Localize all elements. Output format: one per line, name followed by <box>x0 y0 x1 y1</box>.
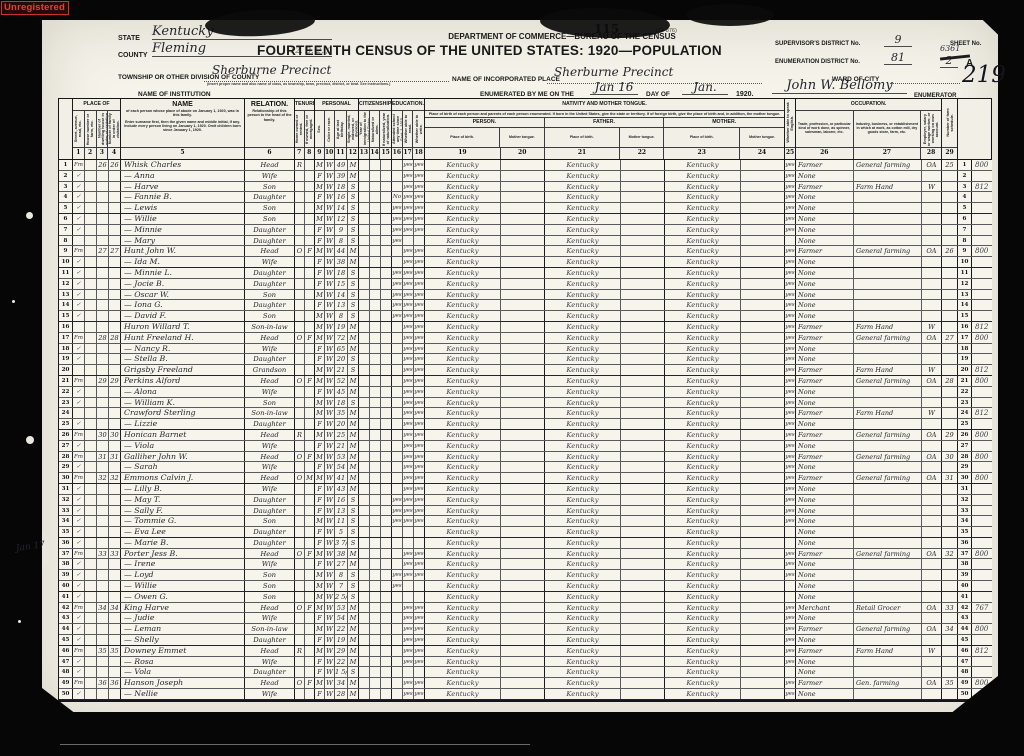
table-row: 15✓— David F.SonMW8SyesyesyesKentuckyKen… <box>59 311 992 322</box>
cell-line-number: 15 <box>59 311 73 321</box>
cell-birthplace: Kentucky <box>425 257 501 267</box>
cell-marital-status: S <box>348 398 359 408</box>
cell-relation: Head <box>245 246 295 256</box>
cell-immigration-year <box>359 689 370 699</box>
cell-occupation: None <box>796 570 854 580</box>
cell-mother-tongue <box>501 225 545 235</box>
cell-mother-tongue <box>501 559 545 569</box>
cell-birthplace: Kentucky <box>425 570 501 580</box>
cell-industry <box>854 290 922 300</box>
cell-family-number <box>109 398 121 408</box>
cell-mother-mother-tongue <box>741 387 785 397</box>
cell-house-number <box>85 311 97 321</box>
table-row: 7✓— MinnieDaughterFW9SyesyesyesKentuckyK… <box>59 225 992 236</box>
cell-able-to-write: yes <box>414 300 425 310</box>
cell-owned-free-or-mortgaged <box>305 506 315 516</box>
cell-mother-birthplace: Kentucky <box>665 376 741 386</box>
table-row: 35✓— Eva LeeDaughterFW5SKentuckyKentucky… <box>59 527 992 538</box>
cell-occupation: None <box>796 441 854 451</box>
cell-able-to-write: yes <box>414 257 425 267</box>
cell-dwelling-number: 26 <box>97 160 109 170</box>
cell-relation: Wife <box>245 484 295 494</box>
cell-birthplace: Kentucky <box>425 462 501 472</box>
cell-able-to-write: yes <box>414 365 425 375</box>
cell-father-mother-tongue <box>621 624 665 634</box>
header-subcell: Street, avenue, road, etc. <box>73 111 85 147</box>
cell-race: W <box>325 667 335 677</box>
nativity-subgroup-label: FATHER. <box>545 118 664 128</box>
cell-industry: Farm Hand <box>854 646 922 656</box>
cell-margin-note <box>972 613 992 623</box>
cell-mother-birthplace: Kentucky <box>665 354 741 364</box>
cell-margin-note <box>972 387 992 397</box>
cell-house-number <box>85 236 97 246</box>
cell-margin-note: 800 <box>972 549 992 559</box>
cell-race: W <box>325 354 335 364</box>
cell-able-to-write: yes <box>414 333 425 343</box>
cell-birthplace: Kentucky <box>425 527 501 537</box>
header-subrow: Trade, profession, or particular kind of… <box>796 111 941 147</box>
cell-line-number-right: 11 <box>958 268 972 278</box>
cell-speaks-english: yes <box>785 203 796 213</box>
header-column-block <box>59 99 73 159</box>
cell-farm-schedule <box>942 365 958 375</box>
cell-name: — Fannie B. <box>121 192 245 202</box>
cell-name: — Irene <box>121 559 245 569</box>
cell-mother-birthplace: Kentucky <box>665 214 741 224</box>
table-row: 38✓— IreneWifeFW27MyesyesKentuckyKentuck… <box>59 559 992 570</box>
cell-name: — Harve <box>121 182 245 192</box>
cell-naturalized-or-alien <box>370 225 381 235</box>
cell-immigration-year <box>359 333 370 343</box>
cell-father-mother-tongue <box>621 419 665 429</box>
cell-line-number: 6 <box>59 214 73 224</box>
cell-house-number <box>85 214 97 224</box>
cell-dwelling-number <box>97 506 109 516</box>
cell-mother-birthplace: Kentucky <box>665 408 741 418</box>
cell-owned-free-or-mortgaged <box>305 484 315 494</box>
cell-immigration-year <box>359 365 370 375</box>
cell-mother-birthplace: Kentucky <box>665 635 741 645</box>
cell-mother-tongue <box>501 613 545 623</box>
county-label: COUNTY <box>118 52 148 59</box>
cell-line-number-right: 4 <box>958 192 972 202</box>
cell-birthplace: Kentucky <box>425 225 501 235</box>
cell-relation: Son <box>245 214 295 224</box>
cell-sex: F <box>315 559 325 569</box>
cell-immigration-year <box>359 300 370 310</box>
cell-father-birthplace: Kentucky <box>545 300 621 310</box>
cell-abode-mark: ✓ <box>73 398 85 408</box>
cell-mother-tongue <box>501 333 545 343</box>
cell-employment-class: OA <box>922 678 942 688</box>
cell-mother-tongue <box>501 441 545 451</box>
cell-able-to-read: yes <box>403 279 414 289</box>
cell-home-owned-or-rented <box>295 516 305 526</box>
cell-industry <box>854 387 922 397</box>
cell-name: — Viola <box>121 441 245 451</box>
cell-naturalized-or-alien <box>370 398 381 408</box>
cell-family-number: 30 <box>109 430 121 440</box>
cell-mother-tongue <box>501 268 545 278</box>
cell-farm-schedule <box>942 408 958 418</box>
cell-attended-school <box>392 549 403 559</box>
cell-line-number-right: 8 <box>958 236 972 246</box>
cell-marital-status: M <box>348 408 359 418</box>
cell-abode-mark <box>73 365 85 375</box>
cell-mother-mother-tongue <box>741 473 785 483</box>
cell-race: W <box>325 646 335 656</box>
cell-dwelling-number <box>97 214 109 224</box>
cell-farm-schedule <box>942 613 958 623</box>
column-label-vertical: Whether able to write. <box>415 112 423 146</box>
cell-abode-mark: Fm <box>73 678 85 688</box>
state-label: STATE <box>118 35 140 42</box>
cell-mother-tongue <box>501 322 545 332</box>
cell-naturalized-or-alien <box>370 657 381 667</box>
cell-name: — Jocie B. <box>121 279 245 289</box>
cell-abode-mark: Fm <box>73 160 85 170</box>
cell-margin-note <box>972 462 992 472</box>
cell-dwelling-number <box>97 419 109 429</box>
cell-mother-birthplace: Kentucky <box>665 657 741 667</box>
cell-name: Hanson Joseph <box>121 678 245 688</box>
scan-corner-wedge <box>42 688 76 714</box>
cell-industry <box>854 257 922 267</box>
cell-mother-birthplace: Kentucky <box>665 225 741 235</box>
cell-farm-schedule <box>942 516 958 526</box>
cell-abode-mark: Fm <box>73 430 85 440</box>
cell-owned-free-or-mortgaged <box>305 462 315 472</box>
cell-able-to-read: yes <box>403 516 414 526</box>
cell-mother-birthplace: Kentucky <box>665 257 741 267</box>
cell-father-mother-tongue <box>621 603 665 613</box>
cell-mother-birthplace: Kentucky <box>665 549 741 559</box>
cell-attended-school: yes <box>392 203 403 213</box>
cell-birthplace: Kentucky <box>425 441 501 451</box>
column-number: 5 <box>121 148 244 159</box>
header-subcell: Place of birth. <box>425 128 500 147</box>
cell-mother-mother-tongue <box>741 624 785 634</box>
cell-owned-free-or-mortgaged <box>305 192 315 202</box>
cell-industry <box>854 657 922 667</box>
cell-home-owned-or-rented <box>295 203 305 213</box>
cell-industry <box>854 495 922 505</box>
cell-able-to-read <box>403 667 414 677</box>
cell-able-to-read: yes <box>403 473 414 483</box>
cell-able-to-read: yes <box>403 603 414 613</box>
cell-birthplace: Kentucky <box>425 300 501 310</box>
cell-family-number <box>109 290 121 300</box>
cell-age: 35 <box>335 408 348 418</box>
cell-naturalized-or-alien <box>370 322 381 332</box>
table-row: 29✓— SarahWifeFW54MyesyesKentuckyKentuck… <box>59 462 992 473</box>
cell-line-number: 20 <box>59 365 73 375</box>
cell-industry <box>854 559 922 569</box>
cell-marital-status: S <box>348 365 359 375</box>
cell-sex: F <box>315 613 325 623</box>
table-row: 42Fm3434King HarveHeadOFMW53MyesyesKentu… <box>59 603 992 614</box>
cell-naturalized-or-alien <box>370 462 381 472</box>
cell-abode-mark: ✓ <box>73 279 85 289</box>
cell-mother-tongue <box>501 549 545 559</box>
table-row: 20Grigsby FreelandGrandsonMW21SyesyesKen… <box>59 365 992 376</box>
cell-able-to-read: yes <box>403 322 414 332</box>
cell-sex: F <box>315 171 325 181</box>
cell-attended-school <box>392 462 403 472</box>
cell-name: — Willie <box>121 214 245 224</box>
cell-naturalized-or-alien <box>370 678 381 688</box>
cell-mother-tongue <box>501 214 545 224</box>
cell-age: 18 <box>335 182 348 192</box>
cell-line-number: 1 <box>59 160 73 170</box>
cell-employment-class: OA <box>922 160 942 170</box>
cell-race: W <box>325 624 335 634</box>
cell-line-number: 26 <box>59 430 73 440</box>
cell-margin-note <box>972 592 992 602</box>
cell-age: 19 <box>335 635 348 645</box>
cell-father-birthplace: Kentucky <box>545 549 621 559</box>
table-row: 18✓— Nancy R.WifeFW65MyesyesKentuckyKent… <box>59 344 992 355</box>
cell-relation: Daughter <box>245 506 295 516</box>
cell-father-mother-tongue <box>621 506 665 516</box>
cell-industry <box>854 570 922 580</box>
cell-name: — Tommie G. <box>121 516 245 526</box>
cell-employment-class <box>922 613 942 623</box>
cell-name: — Leman <box>121 624 245 634</box>
cell-naturalized-or-alien <box>370 624 381 634</box>
cell-sex: M <box>315 592 325 602</box>
column-label-vertical: If naturalized, year of naturalization. <box>382 112 390 146</box>
table-row: 19✓— Stella B.DaughterFW20SyesyesKentuck… <box>59 354 992 365</box>
cell-able-to-write: yes <box>414 613 425 623</box>
cell-speaks-english: yes <box>785 689 796 699</box>
cell-age: 13 <box>335 506 348 516</box>
cell-able-to-write: yes <box>414 354 425 364</box>
cell-line-number-right: 23 <box>958 398 972 408</box>
cell-name: — Lilly B. <box>121 484 245 494</box>
column-label-vertical: Number of farm schedule. <box>946 100 954 146</box>
cell-dwelling-number: 30 <box>97 430 109 440</box>
cell-father-birthplace: Kentucky <box>545 203 621 213</box>
cell-mother-mother-tongue <box>741 225 785 235</box>
cell-dwelling-number <box>97 236 109 246</box>
cell-mother-tongue <box>501 462 545 472</box>
header-subrow: Attended school any time since Sept. 1, … <box>392 111 424 147</box>
cell-able-to-write: yes <box>414 387 425 397</box>
cell-speaks-english: yes <box>785 419 796 429</box>
cell-owned-free-or-mortgaged <box>305 160 315 170</box>
table-body: 1Fm2626Whisk CharlesHeadRMW49MyesyesKent… <box>58 160 992 700</box>
header-column-block: TENURE.Home owned or rented.If owned, fr… <box>295 99 315 159</box>
cell-speaks-english: yes <box>785 516 796 526</box>
cell-naturalized-or-alien <box>370 592 381 602</box>
cell-relation: Wife <box>245 344 295 354</box>
cell-speaks-english: yes <box>785 171 796 181</box>
cell-home-owned-or-rented: O <box>295 549 305 559</box>
cell-family-number <box>109 657 121 667</box>
cell-father-mother-tongue <box>621 452 665 462</box>
cell-family-number <box>109 408 121 418</box>
cell-sex: M <box>315 398 325 408</box>
cell-name: — Minnie <box>121 225 245 235</box>
cell-house-number <box>85 408 97 418</box>
cell-home-owned-or-rented <box>295 225 305 235</box>
cell-naturalized-or-alien <box>370 581 381 591</box>
cell-able-to-write: yes <box>414 484 425 494</box>
cell-race: W <box>325 365 335 375</box>
column-group-label: NATIVITY AND MOTHER TONGUE. <box>425 99 784 111</box>
cell-race: W <box>325 484 335 494</box>
cell-mother-birthplace: Kentucky <box>665 279 741 289</box>
header-subcell: Whether able to read. <box>403 111 414 147</box>
cell-attended-school <box>392 613 403 623</box>
cell-home-owned-or-rented <box>295 570 305 580</box>
cell-margin-note: 767 <box>972 603 992 613</box>
cell-birthplace: Kentucky <box>425 279 501 289</box>
enumerated-month: Jan. <box>682 80 728 95</box>
cell-margin-note <box>972 398 992 408</box>
cell-family-number <box>109 236 121 246</box>
cell-occupation: Farmer <box>796 322 854 332</box>
cell-father-birthplace: Kentucky <box>545 646 621 656</box>
table-row: 17Fm2828Hunt Freeland H.HeadOFMW72Myesye… <box>59 333 992 344</box>
cell-occupation: None <box>796 268 854 278</box>
header-column-block: NAMEof each person whose place of abode … <box>121 99 245 159</box>
cell-occupation: Farmer <box>796 549 854 559</box>
cell-father-birthplace: Kentucky <box>545 592 621 602</box>
cell-margin-note: 800 <box>972 333 992 343</box>
cell-house-number <box>85 376 97 386</box>
column-label-vertical: Sex. <box>317 125 321 133</box>
cell-speaks-english: yes <box>785 678 796 688</box>
cell-family-number <box>109 559 121 569</box>
cell-age: 9 <box>335 225 348 235</box>
cell-sex: F <box>315 257 325 267</box>
cell-race: W <box>325 246 335 256</box>
cell-line-number-right: 13 <box>958 290 972 300</box>
cell-mother-mother-tongue <box>741 311 785 321</box>
scanned-census-page: STATE Kentucky COUNTY Fleming 12. B. 2. … <box>0 0 1024 756</box>
cell-industry <box>854 484 922 494</box>
cell-naturalization-year <box>381 592 392 602</box>
cell-mother-tongue <box>501 387 545 397</box>
cell-owned-free-or-mortgaged <box>305 646 315 656</box>
cell-attended-school: yes <box>392 516 403 526</box>
table-row: 48✓— VolaDaughterFW1 5/12SKentuckyKentuc… <box>59 667 992 678</box>
cell-home-owned-or-rented <box>295 635 305 645</box>
cell-occupation: None <box>796 484 854 494</box>
cell-house-number <box>85 452 97 462</box>
cell-occupation: None <box>796 387 854 397</box>
cell-mother-birthplace: Kentucky <box>665 171 741 181</box>
column-number: 26 <box>796 148 854 159</box>
column-label-vertical: Home owned or rented. <box>295 112 303 146</box>
cell-able-to-read: yes <box>403 624 414 634</box>
cell-occupation: None <box>796 635 854 645</box>
cell-sex: F <box>315 495 325 505</box>
cell-margin-note <box>972 581 992 591</box>
cell-home-owned-or-rented: R <box>295 160 305 170</box>
cell-age: 43 <box>335 484 348 494</box>
cell-race: W <box>325 300 335 310</box>
cell-birthplace: Kentucky <box>425 678 501 688</box>
cell-line-number: 21 <box>59 376 73 386</box>
cell-age: 8 <box>335 570 348 580</box>
cell-naturalized-or-alien <box>370 333 381 343</box>
cell-race: W <box>325 171 335 181</box>
cell-father-birthplace: Kentucky <box>545 387 621 397</box>
cell-immigration-year <box>359 214 370 224</box>
cell-margin-note: 800 <box>972 376 992 386</box>
cell-father-birthplace: Kentucky <box>545 506 621 516</box>
cell-birthplace: Kentucky <box>425 657 501 667</box>
cell-mother-birthplace: Kentucky <box>665 581 741 591</box>
cell-marital-status: M <box>348 559 359 569</box>
cell-dwelling-number <box>97 203 109 213</box>
cell-father-birthplace: Kentucky <box>545 581 621 591</box>
column-label: Industry, business, or establishment in … <box>854 122 921 136</box>
cell-industry: General farming <box>854 473 922 483</box>
cell-mother-tongue <box>501 182 545 192</box>
cell-able-to-read: yes <box>403 290 414 300</box>
column-group-label: TENURE. <box>295 99 314 111</box>
cell-owned-free-or-mortgaged <box>305 538 315 548</box>
cell-father-mother-tongue <box>621 646 665 656</box>
cell-immigration-year <box>359 387 370 397</box>
cell-father-mother-tongue <box>621 290 665 300</box>
cell-relation: Son <box>245 203 295 213</box>
cell-father-birthplace: Kentucky <box>545 635 621 645</box>
cell-home-owned-or-rented <box>295 506 305 516</box>
cell-relation: Son <box>245 290 295 300</box>
cell-margin-note <box>972 506 992 516</box>
cell-name: — Anna <box>121 171 245 181</box>
cell-naturalized-or-alien <box>370 311 381 321</box>
cell-abode-mark: ✓ <box>73 592 85 602</box>
cell-abode-mark: ✓ <box>73 441 85 451</box>
cell-mother-tongue <box>501 290 545 300</box>
cell-dwelling-number: 33 <box>97 549 109 559</box>
cell-able-to-read: yes <box>403 646 414 656</box>
cell-race: W <box>325 452 335 462</box>
cell-owned-free-or-mortgaged: F <box>305 549 315 559</box>
cell-employment-class: W <box>922 182 942 192</box>
cell-mother-mother-tongue <box>741 246 785 256</box>
cell-marital-status: M <box>348 246 359 256</box>
cell-attended-school <box>392 333 403 343</box>
cell-industry <box>854 462 922 472</box>
cell-dwelling-number <box>97 365 109 375</box>
cell-attended-school <box>392 452 403 462</box>
header-subcell: Color or race. <box>325 111 335 147</box>
cell-relation: Daughter <box>245 279 295 289</box>
cell-able-to-read: yes <box>403 311 414 321</box>
cell-house-number <box>85 279 97 289</box>
cell-speaks-english: yes <box>785 603 796 613</box>
cell-family-number <box>109 484 121 494</box>
cell-relation: Daughter <box>245 635 295 645</box>
cell-farm-schedule <box>942 311 958 321</box>
cell-father-birthplace: Kentucky <box>545 473 621 483</box>
cell-marital-status: M <box>348 160 359 170</box>
cell-naturalization-year <box>381 387 392 397</box>
cell-immigration-year <box>359 268 370 278</box>
header-number-row: 192021222324 <box>425 147 784 159</box>
cell-race: W <box>325 592 335 602</box>
cell-able-to-read: yes <box>403 365 414 375</box>
cell-naturalized-or-alien <box>370 160 381 170</box>
